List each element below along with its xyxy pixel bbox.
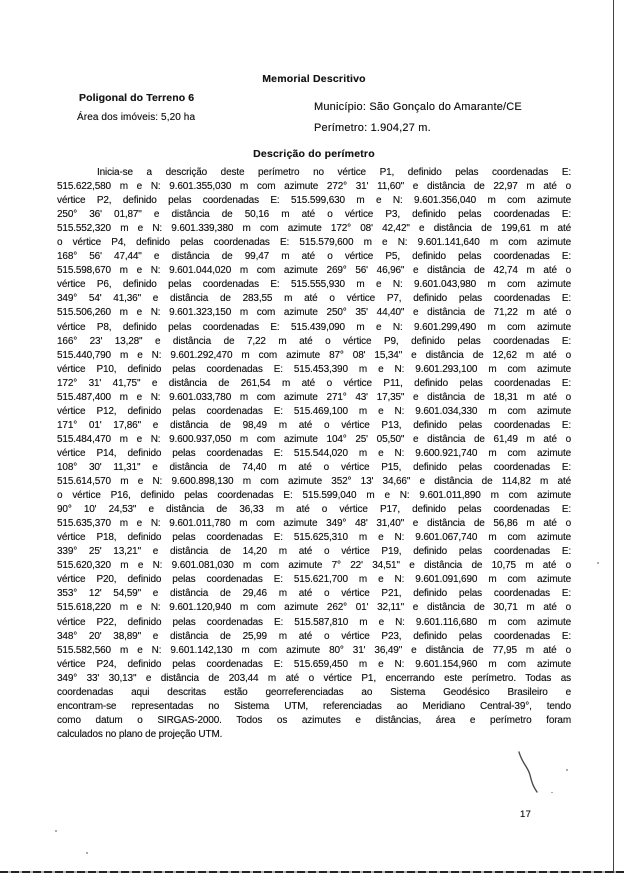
scan-edge-vertical-line — [613, 0, 614, 873]
scan-edge-horizontal-line — [0, 871, 624, 873]
text-line: vértice P8, definido pelas coordenadas E… — [57, 321, 571, 335]
text-line: 515.582,560 m e N: 9.601.142,130 m com a… — [57, 644, 571, 658]
page-number: 17 — [520, 809, 531, 820]
text-line: 90° 10' 24,53" e distância de 36,33 m at… — [57, 503, 571, 517]
text-line: 349° 54' 41,36" e distância de 283,55 m … — [57, 292, 571, 306]
text-line: coordenadas aqui descritas estão georref… — [57, 686, 571, 700]
document-page: Memorial Descritivo Poligonal do Terreno… — [0, 0, 624, 888]
text-line: 515.635,370 m e N: 9.601.011,780 m com a… — [57, 517, 571, 531]
text-line: 166° 23' 13,28" e distância de 7,22 m at… — [57, 335, 571, 349]
text-line: 171° 01' 17,86" e distância de 98,49 m a… — [57, 419, 571, 433]
section-title: Descrição do perímetro — [57, 148, 571, 160]
text-line: 250° 36' 01,87" e distância de 50,16 m a… — [57, 208, 571, 222]
text-line: 515.620,320 m e N: 9.601.081,030 m com a… — [57, 559, 571, 573]
text-line: o vértice P4, definido pelas coordenadas… — [57, 236, 571, 250]
scan-speckle — [86, 852, 88, 854]
text-line: 515.622,580 m e N: 9.601.355,030 m com a… — [57, 180, 571, 194]
document-title: Memorial Descritivo — [57, 73, 571, 85]
text-line: 108° 30' 11,31" e distância de 74,40 m a… — [57, 461, 571, 475]
text-line: vértice P12, definido pelas coordenadas … — [57, 405, 571, 419]
text-line: vértice P24, definido pelas coordenadas … — [57, 658, 571, 672]
text-line: 348° 20' 38,89" e distância de 25,99 m a… — [57, 630, 571, 644]
text-line: 515.440,790 m e N: 9.601.292,470 m com a… — [57, 349, 571, 363]
area-label: Área dos imóveis: 5,20 ha — [77, 112, 195, 123]
perimeter-label: Perímetro: 1.904,27 m. — [314, 122, 431, 134]
text-line: vértice P6, definido pelas coordenadas E… — [57, 278, 571, 292]
text-line: vértice P10, definido pelas coordenadas … — [57, 363, 571, 377]
scan-speckle — [597, 562, 599, 564]
text-line: Inicia-se a descrição deste perímetro no… — [57, 166, 571, 180]
polygon-title: Poligonal do Terreno 6 — [79, 92, 194, 104]
text-line: vértice P14, definido pelas coordenadas … — [57, 447, 571, 461]
text-line: como datum o SIRGAS-2000. Todos os azimu… — [57, 714, 571, 728]
text-line: vértice P22, definido pelas coordenadas … — [57, 616, 571, 630]
text-line: 515.618,220 m e N: 9.601.120,940 m com a… — [57, 601, 571, 615]
text-line: calculados no plano de projeção UTM. — [57, 728, 571, 742]
text-line: 515.598,670 m e N: 9.601.044,020 m com a… — [57, 264, 571, 278]
text-line: 353° 12' 54,59" e distância de 29,46 m a… — [57, 587, 571, 601]
text-line: 339° 25' 13,21" e distância de 14,20 m a… — [57, 545, 571, 559]
text-line: 515.552,320 m e N: 9.601.339,380 m com a… — [57, 222, 571, 236]
scan-speckle — [551, 792, 553, 793]
municipality-label: Município: São Gonçalo do Amarante/CE — [314, 101, 522, 113]
text-line: 515.614,570 m e N: 9.600.898,130 m com a… — [57, 475, 571, 489]
text-line: vértice P18, definido pelas coordenadas … — [57, 531, 571, 545]
scan-speckle — [566, 769, 568, 771]
text-line: 515.484,470 m e N: 9.600.937,050 m com a… — [57, 433, 571, 447]
scan-speckle — [55, 830, 57, 832]
text-line: 349° 33' 30,13" e distância de 203,44 m … — [57, 672, 571, 686]
text-line: encontram-se representadas no Sistema UT… — [57, 700, 571, 714]
text-line: vértice P20, definido pelas coordenadas … — [57, 573, 571, 587]
text-line: 515.506,260 m e N: 9.601.323,150 m com a… — [57, 306, 571, 320]
text-line: o vértice P16, definido pelas coordenada… — [57, 489, 571, 503]
text-line: 515.487,400 m e N: 9.601.033,780 m com a… — [57, 391, 571, 405]
text-line: vértice P2, definido pelas coordenadas E… — [57, 194, 571, 208]
perimeter-description: Inicia-se a descrição deste perímetro no… — [57, 166, 571, 742]
text-line: 172° 31' 41,75" e distância de 261,54 m … — [57, 377, 571, 391]
text-line: 168° 56' 47,44" e distância de 99,47 m a… — [57, 250, 571, 264]
